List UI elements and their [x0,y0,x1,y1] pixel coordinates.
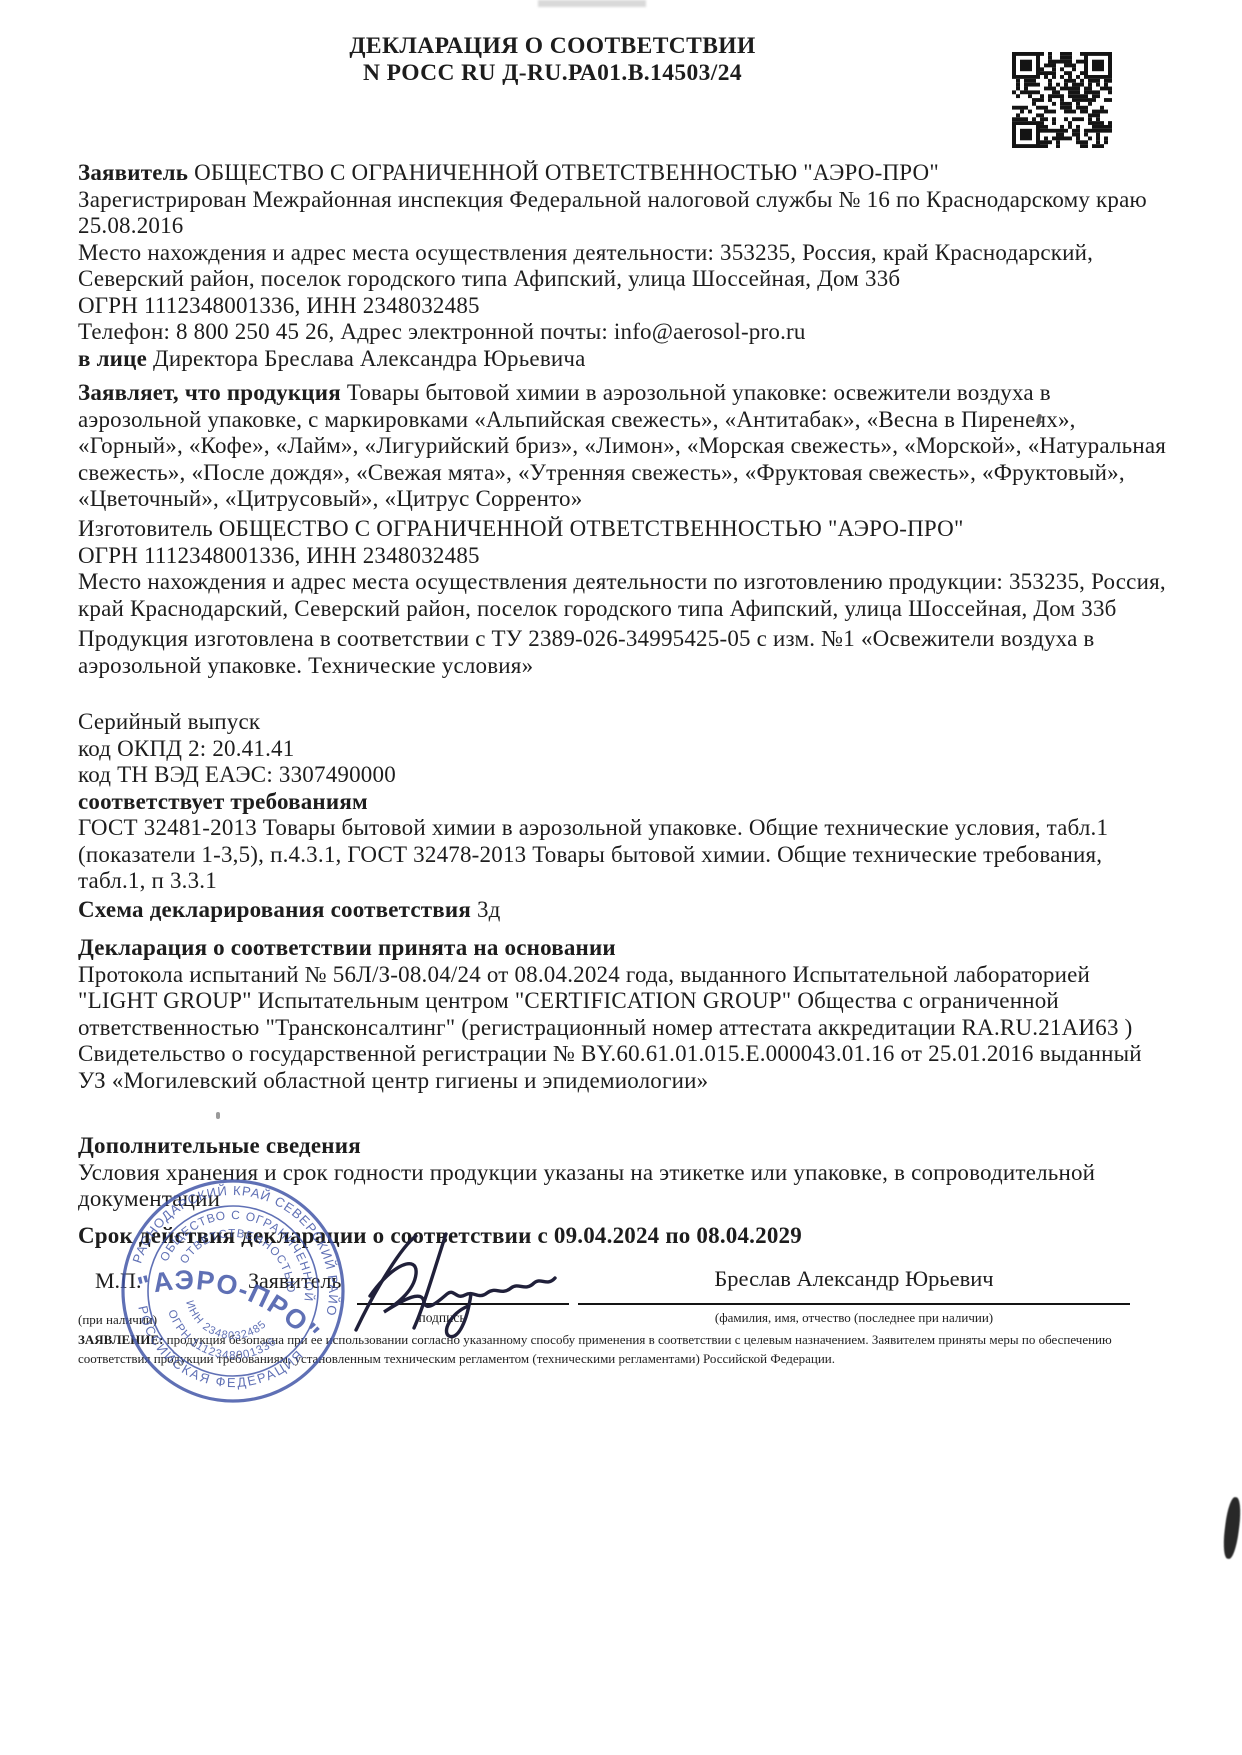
manufacturer-line: Изготовитель ОБЩЕСТВО С ОГРАНИЧЕННОЙ ОТВ… [78,516,1170,543]
scan-artifact-top [538,0,646,7]
in-person-name: Директора Бреслава Александра Юрьевича [153,346,586,371]
basis-certificate: Свидетельство о государственной регистра… [78,1041,1170,1094]
title-line2: N РОСС RU Д-RU.РА01.В.14503/24 [80,60,1025,87]
applicant-contacts: Телефон: 8 800 250 45 26, Адрес электрон… [78,319,1170,346]
manufacturer-section: Изготовитель ОБЩЕСТВО С ОГРАНИЧЕННОЙ ОТВ… [78,516,1170,679]
qr-code-graphic [1012,52,1112,148]
manufacturer-label: Изготовитель [78,516,213,541]
applicant-registered: Зарегистрирован Межрайонная инспекция Фе… [78,187,1170,240]
company-stamp: КРАСНОДАРСКИЙ КРАЙ СЕВЕРСКИЙ РАЙОН РОССИ… [113,1171,353,1411]
declares-line: Заявляет, что продукция Товары бытовой х… [78,380,1170,513]
title-line1: ДЕКЛАРАЦИЯ О СООТВЕТСТВИИ [80,33,1025,60]
conforms-label: соответствует требованиям [78,789,368,814]
scheme-label: Схема декларирования соответствия [78,897,471,922]
scan-speck [216,1112,220,1119]
tnved-code: код ТН ВЭД ЕАЭС: 3307490000 [78,762,1170,789]
additional-heading: Дополнительные сведения [78,1133,1170,1160]
product-codes-section: Серийный выпуск код ОКПД 2: 20.41.41 код… [78,709,1170,923]
serial-release: Серийный выпуск [78,709,1170,736]
handwritten-signature [350,1230,585,1342]
document-title: ДЕКЛАРАЦИЯ О СООТВЕТСТВИИ N РОСС RU Д-RU… [80,33,1025,86]
declaration-document: ДЕКЛАРАЦИЯ О СООТВЕТСТВИИ N РОСС RU Д-RU… [0,0,1242,1755]
basis-section: Декларация о соответствии принята на осн… [78,935,1170,1094]
basis-heading: Декларация о соответствии принята на осн… [78,935,1170,962]
scheme-value: 3д [477,897,501,922]
applicant-in-person: в лице Директора Бреслава Александра Юрь… [78,346,1170,373]
basis-protocol: Протокола испытаний № 56Л/З-08.04/24 от … [78,962,1170,1042]
name-line [578,1303,1130,1305]
applicant-label: Заявитель [78,160,188,185]
signatory-name: Бреслав Александр Юрьевич [578,1266,1130,1292]
manufacturer-address: Место нахождения и адрес места осуществл… [78,569,1170,622]
applicant-line: Заявитель ОБЩЕСТВО С ОГРАНИЧЕННОЙ ОТВЕТС… [78,160,1170,187]
applicant-ogrn-inn: ОГРН 1112348001336, ИНН 2348032485 [78,293,1170,320]
name-caption: (фамилия, имя, отчество (последнее при н… [578,1310,1130,1326]
conforms-heading: соответствует требованиям [78,789,1170,816]
gost-requirements: ГОСТ 32481-2013 Товары бытовой химии в а… [78,815,1170,895]
qr-code [1012,52,1112,148]
scheme-line: Схема декларирования соответствия 3д [78,897,1170,924]
declares-label: Заявляет, что продукция [78,380,341,405]
applicant-address: Место нахождения и адрес места осуществл… [78,240,1170,293]
in-person-label: в лице [78,346,147,371]
manufacturer-name: ОБЩЕСТВО С ОГРАНИЧЕННОЙ ОТВЕТСТВЕННОСТЬЮ… [219,516,964,541]
applicant-section: Заявитель ОБЩЕСТВО С ОГРАНИЧЕННОЙ ОТВЕТС… [78,160,1170,372]
manufacturer-ogrn-inn: ОГРН 1112348001336, ИНН 2348032485 [78,543,1170,570]
scan-ink-smudge [1221,1496,1242,1559]
okpd-code: код ОКПД 2: 20.41.41 [78,736,1170,763]
additional-label: Дополнительные сведения [78,1133,361,1158]
manufacturer-tu: Продукция изготовлена в соответствии с Т… [78,626,1170,679]
basis-label: Декларация о соответствии принята на осн… [78,935,616,960]
applicant-name: ОБЩЕСТВО С ОГРАНИЧЕННОЙ ОТВЕТСТВЕННОСТЬЮ… [194,160,939,185]
product-declaration-section: Заявляет, что продукция Товары бытовой х… [78,380,1170,513]
